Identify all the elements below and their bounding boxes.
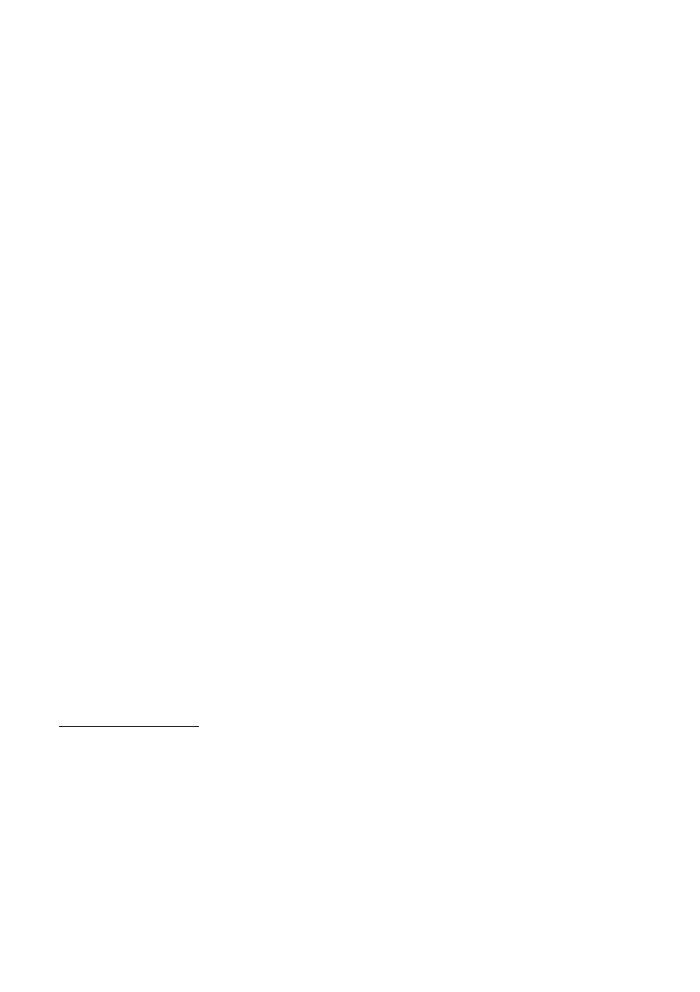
footnote-divider — [59, 726, 199, 727]
